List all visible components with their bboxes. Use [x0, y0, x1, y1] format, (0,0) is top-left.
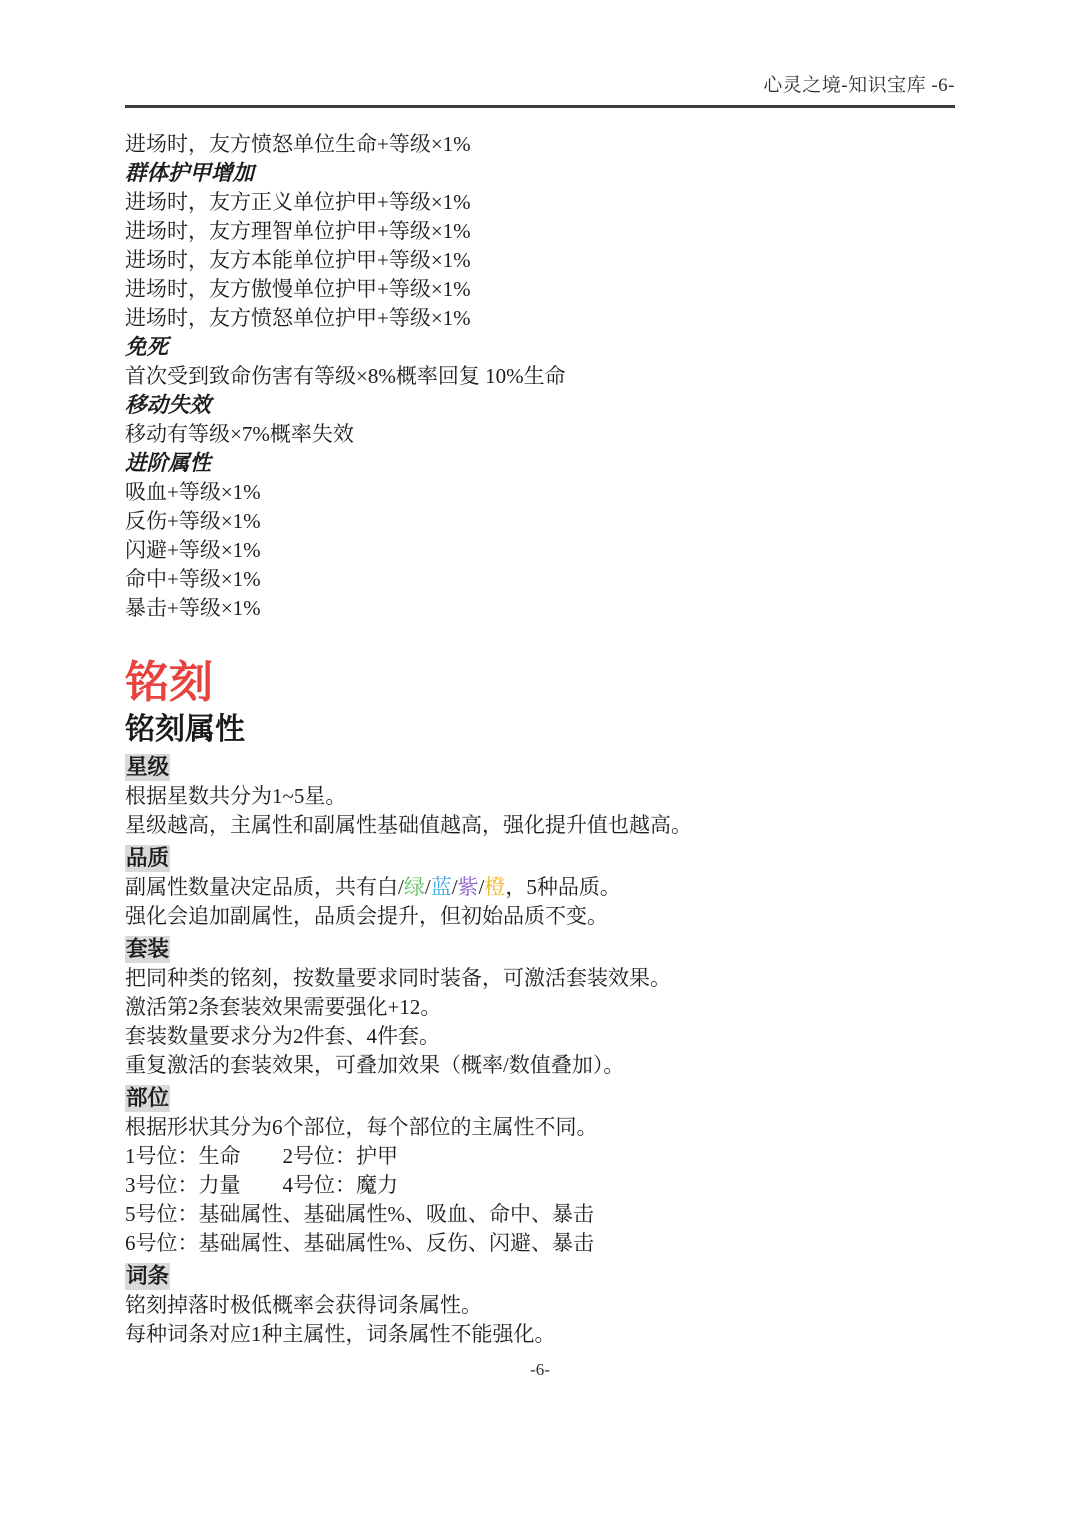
tag-heading-star-line: 星级 [125, 753, 955, 782]
quality-suffix-text: ，5种品质。 [505, 875, 621, 899]
skill-line-pride-armor: 进场时，友方傲慢单位护甲+等级×1% [125, 275, 955, 304]
skill-heading-immortal: 免死 [125, 333, 955, 362]
tag-heading-quality-line: 品质 [125, 844, 955, 873]
skill-line-dodge: 闪避+等级×1% [125, 536, 955, 565]
skill-line-instinct-armor: 进场时，友方本能单位护甲+等级×1% [125, 246, 955, 275]
skill-heading-group-armor: 群体护甲增加 [125, 159, 955, 188]
skill-line-crit: 暴击+等级×1% [125, 594, 955, 623]
tag-heading-slot: 部位 [125, 1085, 170, 1112]
tag-heading-star: 星级 [125, 754, 170, 781]
slot-line-1: 根据形状其分为6个部位，每个部位的主属性不同。 [125, 1113, 955, 1142]
page-content: 进场时，友方愤怒单位生命+等级×1% 群体护甲增加 进场时，友方正义单位护甲+等… [125, 108, 955, 1349]
skill-line-hit: 命中+等级×1% [125, 565, 955, 594]
slot-line-3: 3号位：力量 4号位：魔力 [125, 1171, 955, 1200]
entry-line-1: 铭刻掉落时极低概率会获得词条属性。 [125, 1291, 955, 1320]
slot-line-4: 5号位：基础属性、基础属性%、吸血、命中、暴击 [125, 1200, 955, 1229]
page-footer: -6- [0, 1360, 1080, 1380]
section-subtitle-inscription-attrs: 铭刻属性 [125, 711, 955, 749]
tag-heading-entry: 词条 [125, 1263, 170, 1290]
skill-heading-advanced: 进阶属性 [125, 449, 955, 478]
quality-green-text: 绿 [404, 875, 425, 899]
skill-heading-move-fail: 移动失效 [125, 391, 955, 420]
star-line-1: 根据星数共分为1~5星。 [125, 782, 955, 811]
header-title: 心灵之境-知识宝库 -6- [763, 75, 955, 96]
quality-line-2: 强化会追加副属性，品质会提升，但初始品质不变。 [125, 902, 955, 931]
quality-orange-text: 橙 [484, 875, 505, 899]
entry-line-2: 每种词条对应1种主属性，词条属性不能强化。 [125, 1320, 955, 1349]
skill-line-lifesteal: 吸血+等级×1% [125, 478, 955, 507]
skill-line-justice-armor: 进场时，友方正义单位护甲+等级×1% [125, 188, 955, 217]
quality-colors-line: 副属性数量决定品质，共有白/绿/蓝/紫/橙，5种品质。 [125, 873, 955, 902]
skill-line-anger-armor: 进场时，友方愤怒单位护甲+等级×1% [125, 304, 955, 333]
chapter-title-inscription: 铭刻 [125, 655, 955, 711]
document-page: 心灵之境-知识宝库 -6- 进场时，友方愤怒单位生命+等级×1% 群体护甲增加 … [0, 0, 1080, 1528]
page-number: -6- [530, 1360, 550, 1379]
tag-heading-quality: 品质 [125, 845, 170, 872]
set-line-2: 激活第2条套装效果需要强化+12。 [125, 993, 955, 1022]
quality-blue-text: 蓝 [431, 875, 452, 899]
skill-line-immortal: 首次受到致命伤害有等级×8%概率回复 10%生命 [125, 362, 955, 391]
set-line-3: 套装数量要求分为2件套、4件套。 [125, 1022, 955, 1051]
tag-heading-entry-line: 词条 [125, 1262, 955, 1291]
slot-line-5: 6号位：基础属性、基础属性%、反伤、闪避、暴击 [125, 1229, 955, 1258]
skill-line-reason-armor: 进场时，友方理智单位护甲+等级×1% [125, 217, 955, 246]
quality-prefix-text: 副属性数量决定品质，共有白/ [125, 875, 404, 899]
page-header: 心灵之境-知识宝库 -6- [125, 0, 955, 108]
quality-purple-text: 紫 [458, 875, 479, 899]
set-line-1: 把同种类的铭刻，按数量要求同时装备，可激活套装效果。 [125, 964, 955, 993]
skill-line-anger-hp: 进场时，友方愤怒单位生命+等级×1% [125, 130, 955, 159]
tag-heading-set-line: 套装 [125, 935, 955, 964]
star-line-2: 星级越高，主属性和副属性基础值越高，强化提升值也越高。 [125, 811, 955, 840]
tag-heading-slot-line: 部位 [125, 1084, 955, 1113]
skill-line-thorns: 反伤+等级×1% [125, 507, 955, 536]
tag-heading-set: 套装 [125, 936, 170, 963]
skill-line-move-fail: 移动有等级×7%概率失效 [125, 420, 955, 449]
set-line-4: 重复激活的套装效果，可叠加效果（概率/数值叠加）。 [125, 1051, 955, 1080]
slot-line-2: 1号位：生命 2号位：护甲 [125, 1142, 955, 1171]
